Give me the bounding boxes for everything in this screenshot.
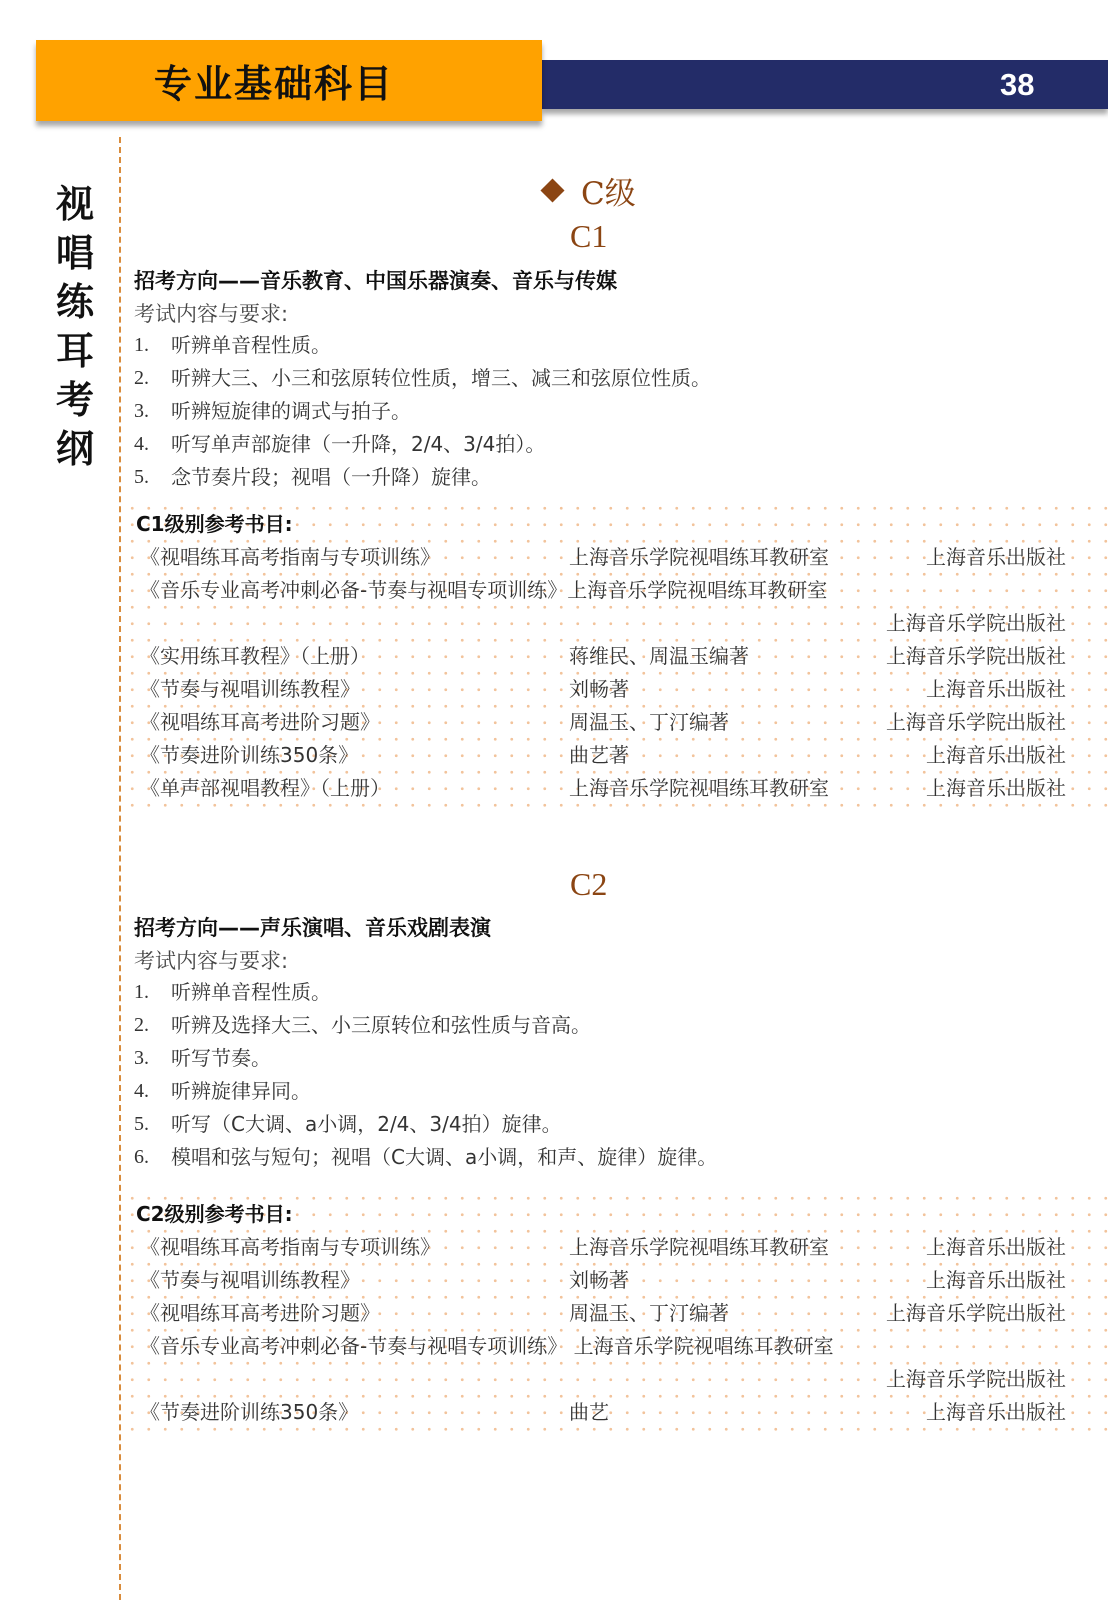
book-author: 上海音乐学院视唱练耳教研室: [569, 1231, 829, 1264]
book-row: 《视唱练耳高考进阶习题》 周温玉、丁汀编著 上海音乐学院出版社: [124, 1297, 1108, 1330]
c1-requirements-list: 1.听辨单音程性质。 2.听辨大三、小三和弦原转位性质，增三、减三和弦原位性质。…: [134, 329, 1034, 494]
book-name: 《音乐专业高考冲刺必备-节奏与视唱专项训练》 上海音乐学院视唱练耳教研室: [140, 1330, 834, 1363]
book-name: 《节奏进阶训练350条》: [140, 739, 358, 772]
c1-subtitle: C1: [570, 218, 607, 255]
requirement-item: 4.听写单声部旋律（一升降，2/4、3/4拍）。: [134, 428, 1034, 461]
book-author: 曲艺: [569, 1396, 609, 1429]
book-publisher: 上海音乐出版社: [926, 739, 1066, 772]
book-author: 曲艺著: [569, 739, 629, 772]
c1-direction: 招考方向——音乐教育、中国乐器演奏、音乐与传媒: [134, 265, 617, 295]
book-publisher: 上海音乐出版社: [926, 772, 1066, 805]
requirement-item: 3.听辨短旋律的调式与拍子。: [134, 395, 1034, 428]
book-author: 蒋维民、周温玉编著: [569, 640, 749, 673]
book-row: 《音乐专业高考冲刺必备-节奏与视唱专项训练》上海音乐学院视唱练耳教研室: [124, 574, 1108, 607]
book-publisher: 上海音乐学院出版社: [886, 1363, 1066, 1396]
c2-subtitle: C2: [570, 866, 607, 903]
book-name: 《视唱练耳高考指南与专项训练》: [140, 541, 440, 574]
level-title: C级: [544, 168, 636, 213]
level-title-text: C级: [581, 168, 636, 213]
requirement-item: 1.听辨单音程性质。: [134, 976, 1034, 1009]
book-publisher: 上海音乐学院出版社: [886, 706, 1066, 739]
book-row: 上海音乐学院出版社: [124, 607, 1108, 640]
book-publisher: 上海音乐出版社: [926, 1396, 1066, 1429]
dashed-divider: [119, 137, 121, 1600]
book-author: 周温玉、丁汀编著: [569, 1297, 729, 1330]
book-row: 《节奏与视唱训练教程》 刘畅著 上海音乐出版社: [124, 673, 1108, 706]
book-row: 《节奏进阶训练350条》 曲艺 上海音乐出版社: [124, 1396, 1108, 1429]
book-name: 《视唱练耳高考进阶习题》: [140, 1297, 380, 1330]
c2-book-list: C2级别参考书目: 《视唱练耳高考指南与专项训练》 上海音乐学院视唱练耳教研室 …: [124, 1190, 1108, 1442]
c1-requirements-label: 考试内容与要求:: [134, 298, 288, 328]
book-publisher: 上海音乐学院出版社: [886, 1297, 1066, 1330]
book-row: 《实用练耳教程》（上册） 蒋维民、周温玉编著 上海音乐学院出版社: [124, 640, 1108, 673]
side-title-char: 练: [52, 278, 98, 327]
side-title-char: 考: [52, 376, 98, 425]
book-name: 《视唱练耳高考指南与专项训练》: [140, 1231, 440, 1264]
book-author: 刘畅著: [569, 1264, 629, 1297]
side-title-char: 耳: [52, 327, 98, 376]
requirement-item: 5.念节奏片段；视唱（一升降）旋律。: [134, 461, 1034, 494]
book-row: 《视唱练耳高考进阶习题》 周温玉、丁汀编著 上海音乐学院出版社: [124, 706, 1108, 739]
c2-requirements-list: 1.听辨单音程性质。 2.听辨及选择大三、小三原转位和弦性质与音高。 3.听写节…: [134, 976, 1034, 1174]
c2-direction: 招考方向——声乐演唱、音乐戏剧表演: [134, 912, 491, 942]
page-number: 38: [1000, 67, 1034, 103]
book-row: 《音乐专业高考冲刺必备-节奏与视唱专项训练》 上海音乐学院视唱练耳教研室: [124, 1330, 1108, 1363]
book-publisher: 上海音乐出版社: [926, 541, 1066, 574]
book-publisher: 上海音乐出版社: [926, 1231, 1066, 1264]
book-publisher: 上海音乐出版社: [926, 673, 1066, 706]
book-publisher: 上海音乐学院出版社: [886, 607, 1066, 640]
book-publisher: 上海音乐出版社: [926, 1264, 1066, 1297]
book-name: 《音乐专业高考冲刺必备-节奏与视唱专项训练》上海音乐学院视唱练耳教研室: [140, 574, 827, 607]
requirement-item: 1.听辨单音程性质。: [134, 329, 1034, 362]
book-author: 刘畅著: [569, 673, 629, 706]
diamond-bullet-icon: [540, 178, 564, 202]
requirement-item: 2.听辨及选择大三、小三原转位和弦性质与音高。: [134, 1009, 1034, 1042]
book-name: 《节奏与视唱训练教程》: [140, 1264, 360, 1297]
book-name: 《节奏与视唱训练教程》: [140, 673, 360, 706]
section-header: 专业基础科目: [36, 40, 542, 121]
requirement-item: 5.听写（C大调、a小调，2/4、3/4拍）旋律。: [134, 1108, 1034, 1141]
side-title-char: 视: [52, 180, 98, 229]
requirement-item: 2.听辨大三、小三和弦原转位性质，增三、减三和弦原位性质。: [134, 362, 1034, 395]
book-name: 《视唱练耳高考进阶习题》: [140, 706, 380, 739]
requirement-item: 3.听写节奏。: [134, 1042, 1034, 1075]
requirement-item: 4.听辨旋律异同。: [134, 1075, 1034, 1108]
requirement-item: 6.模唱和弦与短句；视唱（C大调、a小调，和声、旋律）旋律。: [134, 1141, 1034, 1174]
book-row: 《单声部视唱教程》（上册） 上海音乐学院视唱练耳教研室 上海音乐出版社: [124, 772, 1108, 805]
c1-book-list: C1级别参考书目: 《视唱练耳高考指南与专项训练》 上海音乐学院视唱练耳教研室 …: [124, 500, 1108, 818]
page-number-bar: 38: [542, 60, 1108, 109]
c2-books-title: C2级别参考书目:: [124, 1198, 1108, 1231]
book-row: 《节奏与视唱训练教程》 刘畅著 上海音乐出版社: [124, 1264, 1108, 1297]
book-author: 上海音乐学院视唱练耳教研室: [569, 541, 829, 574]
side-title-char: 唱: [52, 229, 98, 278]
book-name: 《节奏进阶训练350条》: [140, 1396, 358, 1429]
book-row: 《节奏进阶训练350条》 曲艺著 上海音乐出版社: [124, 739, 1108, 772]
book-publisher: 上海音乐学院出版社: [886, 640, 1066, 673]
section-title: 专业基础科目: [154, 53, 394, 108]
side-title: 视 唱 练 耳 考 纲: [52, 180, 98, 474]
book-row: 《视唱练耳高考指南与专项训练》 上海音乐学院视唱练耳教研室 上海音乐出版社: [124, 1231, 1108, 1264]
book-author: 上海音乐学院视唱练耳教研室: [569, 772, 829, 805]
book-name: 《实用练耳教程》（上册）: [140, 640, 370, 673]
side-title-char: 纲: [52, 425, 98, 474]
book-author: 周温玉、丁汀编著: [569, 706, 729, 739]
book-row: 上海音乐学院出版社: [124, 1363, 1108, 1396]
c2-requirements-label: 考试内容与要求:: [134, 945, 288, 975]
book-row: 《视唱练耳高考指南与专项训练》 上海音乐学院视唱练耳教研室 上海音乐出版社: [124, 541, 1108, 574]
c1-books-title: C1级别参考书目:: [124, 508, 1108, 541]
book-name: 《单声部视唱教程》（上册）: [140, 772, 390, 805]
